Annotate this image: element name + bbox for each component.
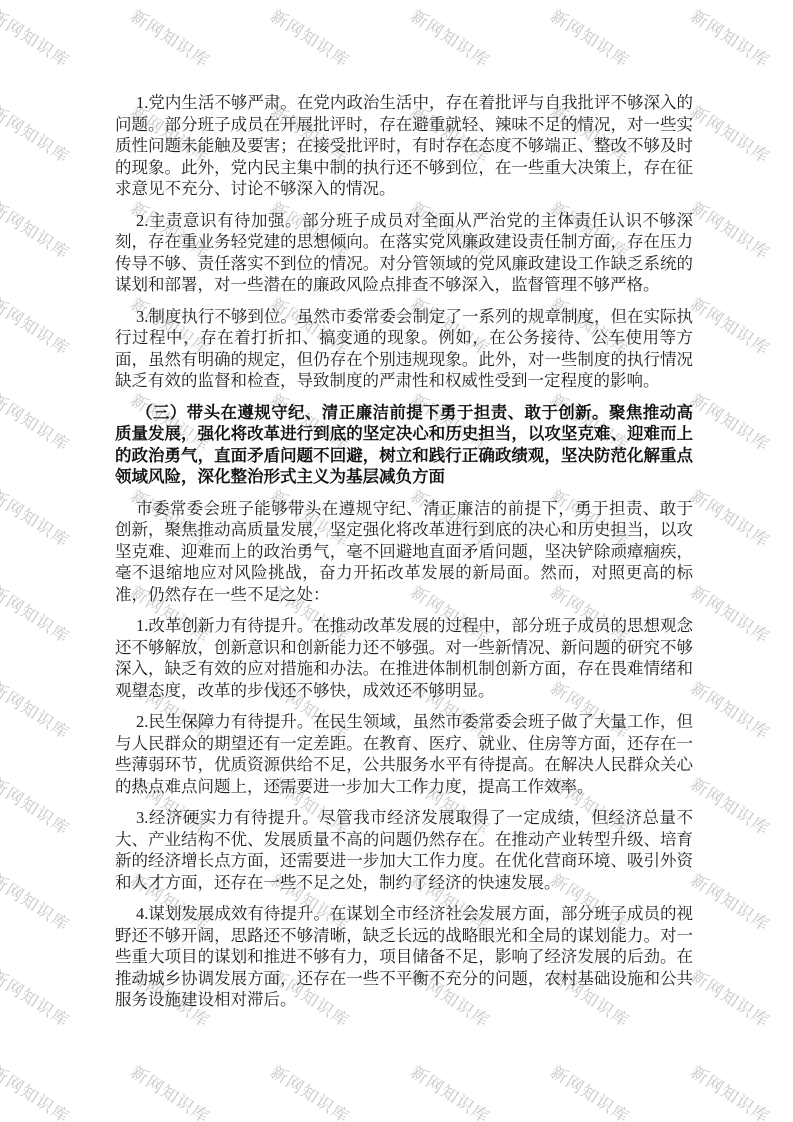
watermark-text: 新网知识库 <box>0 386 75 456</box>
section-heading-three: （三）带头在遵规守纪、清正廉洁前提下勇于担责、敢于创新。聚焦推动高质量发展，强化… <box>115 402 693 488</box>
watermark-text: 新网知识库 <box>0 674 75 744</box>
watermark-text: 新网知识库 <box>266 2 355 72</box>
watermark-text: 新网知识库 <box>0 290 75 360</box>
watermark-text: 新网知识库 <box>546 1058 635 1122</box>
watermark-text: 新网知识库 <box>686 290 775 360</box>
watermark-text: 新网知识库 <box>0 1058 75 1122</box>
watermark-text: 新网知识库 <box>686 866 775 936</box>
watermark-text: 新网知识库 <box>686 2 775 72</box>
paragraph-party-life: 1.党内生活不够严肃。在党内政治生活中，存在着批评与自我批评不够深入的问题。部分… <box>115 92 693 200</box>
paragraph-reform-innovation: 1.改革创新力有待提升。在推动改革发展的过程中，部分班子成员的思想观念还不够解放… <box>115 615 693 701</box>
watermark-text: 新网知识库 <box>0 2 75 72</box>
paragraph-planning: 4.谋划发展成效有待提升。在谋划全市经济社会发展方面，部分班子成员的视野还不够开… <box>115 903 693 1011</box>
document-page: 新网知识库新网知识库新网知识库新网知识库新网知识库新网知识库新网知识库新网知识库… <box>0 0 793 1122</box>
watermark-text: 新网知识库 <box>686 98 775 168</box>
paragraph-economy: 3.经济硬实力有待提升。尽管我市经济发展取得了一定成绩，但经济总量不大、产业结构… <box>115 807 693 893</box>
watermark-text: 新网知识库 <box>0 770 75 840</box>
watermark-text: 新网知识库 <box>266 1058 355 1122</box>
watermark-text: 新网知识库 <box>0 962 75 1032</box>
paragraph-system-execution: 3.制度执行不够到位。虽然市委常委会制定了一系列的规章制度，但在实际执行过程中，… <box>115 306 693 392</box>
paragraph-overview: 市委常委会班子能够带头在遵规守纪、清正廉洁的前提下，勇于担责、敢于创新，聚焦推动… <box>115 498 693 606</box>
watermark-text: 新网知识库 <box>0 578 75 648</box>
document-content: 1.党内生活不够严肃。在党内政治生活中，存在着批评与自我批评不够深入的问题。部分… <box>115 92 693 1021</box>
watermark-text: 新网知识库 <box>686 1058 775 1122</box>
watermark-text: 新网知识库 <box>686 386 775 456</box>
watermark-text: 新网知识库 <box>0 98 75 168</box>
watermark-text: 新网知识库 <box>0 194 75 264</box>
paragraph-livelihood: 2.民生保障力有待提升。在民生领域，虽然市委常委会班子做了大量工作，但与人民群众… <box>115 711 693 797</box>
watermark-text: 新网知识库 <box>126 2 215 72</box>
watermark-text: 新网知识库 <box>686 578 775 648</box>
watermark-text: 新网知识库 <box>406 1058 495 1122</box>
watermark-text: 新网知识库 <box>686 962 775 1032</box>
watermark-text: 新网知识库 <box>0 866 75 936</box>
watermark-text: 新网知识库 <box>686 674 775 744</box>
watermark-text: 新网知识库 <box>686 770 775 840</box>
watermark-text: 新网知识库 <box>686 482 775 552</box>
paragraph-responsibility: 2.主责意识有待加强。部分班子成员对全面从严治党的主体责任认识不够深刻，存在重业… <box>115 210 693 296</box>
watermark-text: 新网知识库 <box>686 194 775 264</box>
watermark-text: 新网知识库 <box>406 2 495 72</box>
watermark-text: 新网知识库 <box>546 2 635 72</box>
watermark-text: 新网知识库 <box>126 1058 215 1122</box>
watermark-text: 新网知识库 <box>0 482 75 552</box>
